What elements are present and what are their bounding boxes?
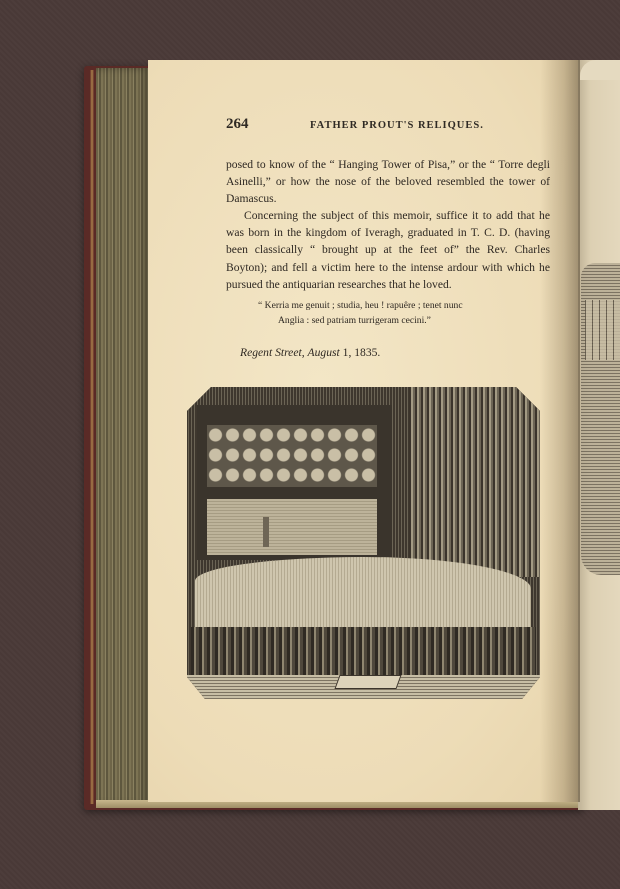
illustration-curtain: [409, 387, 540, 577]
facing-illustration-window: [585, 300, 620, 360]
engraving-illustration: [187, 387, 540, 699]
paragraph-2: Concerning the subject of this memoir, s…: [226, 207, 550, 293]
paragraph-1: posed to know of the “ Hanging Tower of …: [226, 156, 550, 208]
running-head: FATHER PROUT'S RELIQUES.: [310, 120, 484, 131]
signoff: Regent Street, August 1, 1835.: [240, 346, 380, 359]
page-fore-edge: [96, 68, 151, 806]
verse-line-2: Anglia : sed patriam turrigeram cecini.”: [258, 313, 538, 328]
illustration-round-tower: [263, 517, 269, 547]
illustration-landscape: [207, 499, 377, 555]
verse-line-1: “ Kerria me genuit ; studia, heu ! rapuê…: [258, 298, 538, 313]
illustration-shrouded-figure: [195, 557, 531, 637]
page-number: 264: [226, 116, 249, 133]
page-header: 264 FATHER PROUT'S RELIQUES.: [226, 116, 556, 136]
signoff-date: 1, 1835.: [343, 346, 381, 359]
signoff-place: Regent Street,: [240, 346, 305, 359]
signoff-month: August: [308, 346, 340, 359]
illustration-lattice-window: [207, 425, 377, 487]
illustration-open-book: [334, 675, 401, 689]
latin-verse: “ Kerria me genuit ; studia, heu ! rapuê…: [258, 298, 538, 328]
facing-page-curl: [580, 60, 620, 80]
illustration-bed-drape: [191, 627, 536, 677]
cover-gilt-edge: [90, 70, 94, 804]
